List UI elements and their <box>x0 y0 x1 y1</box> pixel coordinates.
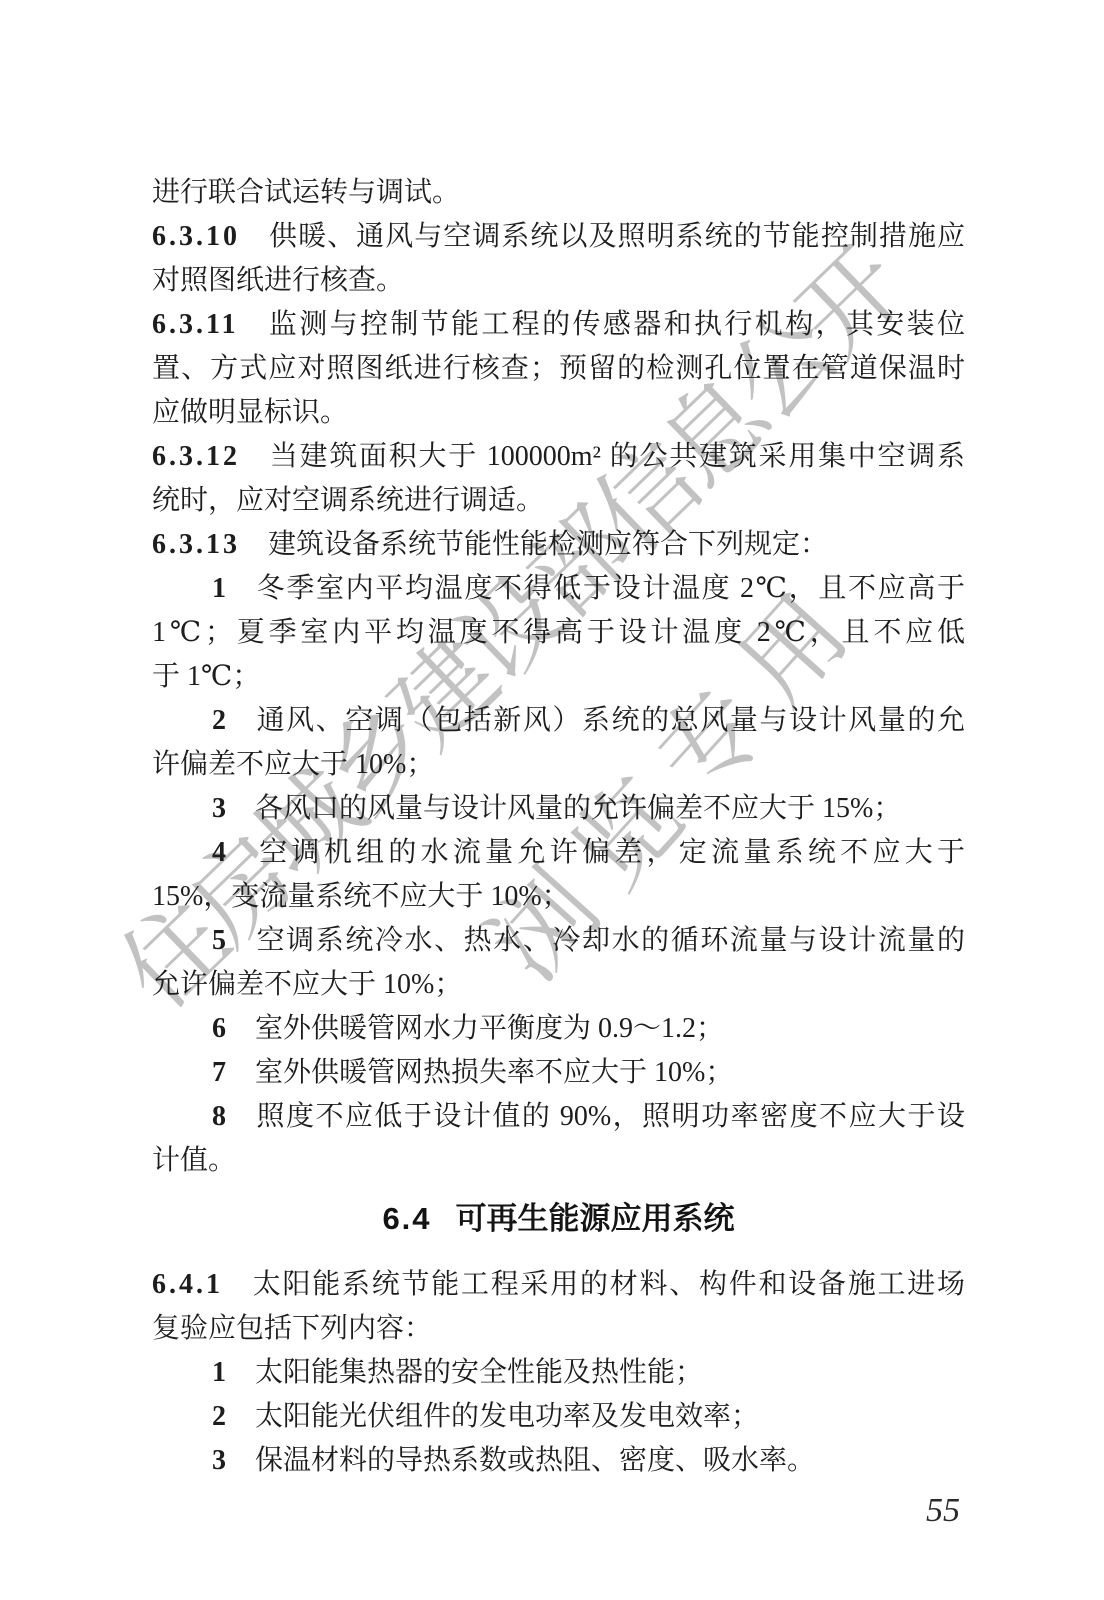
clause-line: 6.4.1太阳能系统节能工程采用的材料、构件和设备施工进场 <box>152 1263 965 1307</box>
clause-line: 6.3.13建筑设备系统节能性能检测应符合下列规定： <box>152 523 965 567</box>
list-item-line: 8照度不应低于设计值的 90%，照明功率密度不应大于设 <box>152 1095 965 1139</box>
item-number: 7 <box>212 1057 227 1088</box>
item-text: 太阳能光伏组件的发电功率及发电效率； <box>255 1401 759 1432</box>
item-text: 空调系统冷水、热水、冷却水的循环流量与设计流量的 <box>255 925 965 956</box>
page-content: 进行联合试运转与调试。 6.3.10供暖、通风与空调系统以及照明系统的节能控制措… <box>152 171 965 1483</box>
continuation-line: 统时，应对空调系统进行调适。 <box>152 479 965 523</box>
item-text: 冬季室内平均温度不得低于设计温度 2℃，且不应高于 <box>255 573 965 604</box>
continuation-line: 许偏差不应大于 10%； <box>152 743 965 787</box>
item-number: 3 <box>212 793 227 824</box>
clause-text: 供暖、通风与空调系统以及照明系统的节能控制措施应 <box>268 221 965 252</box>
item-number: 4 <box>212 837 227 868</box>
list-item-line: 2太阳能光伏组件的发电功率及发电效率； <box>152 1395 965 1439</box>
continuation-line: 应做明显标识。 <box>152 391 965 435</box>
item-number: 5 <box>212 925 227 956</box>
list-item-line: 5空调系统冷水、热水、冷却水的循环流量与设计流量的 <box>152 919 965 963</box>
clause-text: 建筑设备系统节能性能检测应符合下列规定： <box>268 529 828 560</box>
item-text: 保温材料的导热系数或热阻、密度、吸水率。 <box>255 1445 815 1476</box>
list-item-line: 7室外供暖管网热损失率不应大于 10%； <box>152 1051 965 1095</box>
item-text: 太阳能集热器的安全性能及热性能； <box>255 1357 703 1388</box>
item-number: 2 <box>212 1401 227 1432</box>
item-text: 室外供暖管网热损失率不应大于 10%； <box>255 1057 733 1088</box>
item-number: 6 <box>212 1013 227 1044</box>
item-text: 各风口的风量与设计风量的允许偏差不应大于 15%； <box>255 793 901 824</box>
list-item-line: 1太阳能集热器的安全性能及热性能； <box>152 1351 965 1395</box>
clause-text: 当建筑面积大于 100000m² 的公共建筑采用集中空调系 <box>268 441 965 472</box>
item-text: 空调机组的水流量允许偏差，定流量系统不应大于 <box>255 837 965 868</box>
item-text: 照度不应低于设计值的 90%，照明功率密度不应大于设 <box>255 1101 965 1132</box>
continuation-line: 进行联合试运转与调试。 <box>152 171 965 215</box>
item-text: 通风、空调（包括新风）系统的总风量与设计风量的允 <box>255 705 965 736</box>
continuation-line: 允许偏差不应大于 10%； <box>152 963 965 1007</box>
clause-line: 6.3.10供暖、通风与空调系统以及照明系统的节能控制措施应 <box>152 215 965 259</box>
heading-number: 6.4 <box>382 1201 431 1236</box>
continuation-line: 15%，变流量系统不应大于 10%； <box>152 875 965 919</box>
clause-number: 6.3.12 <box>152 441 240 472</box>
clause-number: 6.4.1 <box>152 1269 223 1300</box>
continuation-line: 复验应包括下列内容： <box>152 1307 965 1351</box>
continuation-line: 对照图纸进行核查。 <box>152 259 965 303</box>
list-item-line: 4空调机组的水流量允许偏差，定流量系统不应大于 <box>152 831 965 875</box>
clause-line: 6.3.11监测与控制节能工程的传感器和执行机构，其安装位 <box>152 303 965 347</box>
document-page: 住房城乡建设部信息公开 浏览专用 进行联合试运转与调试。 6.3.10供暖、通风… <box>0 0 1104 1600</box>
clause-number: 6.3.10 <box>152 221 240 252</box>
list-item-line: 2通风、空调（包括新风）系统的总风量与设计风量的允 <box>152 699 965 743</box>
list-item-line: 1冬季室内平均温度不得低于设计温度 2℃，且不应高于 <box>152 567 965 611</box>
clause-text: 监测与控制节能工程的传感器和执行机构，其安装位 <box>266 309 965 340</box>
clause-text: 太阳能系统节能工程采用的材料、构件和设备施工进场 <box>251 1269 965 1300</box>
clause-number: 6.3.11 <box>152 309 238 340</box>
continuation-line: 于 1℃； <box>152 655 965 699</box>
clause-number: 6.3.13 <box>152 529 240 560</box>
continuation-line: 计值。 <box>152 1139 965 1183</box>
list-item-line: 3保温材料的导热系数或热阻、密度、吸水率。 <box>152 1439 965 1483</box>
item-number: 2 <box>212 705 227 736</box>
section-heading: 6.4可再生能源应用系统 <box>152 1197 965 1241</box>
item-text: 室外供暖管网水力平衡度为 0.9～1.2； <box>255 1013 724 1044</box>
list-item-line: 6室外供暖管网水力平衡度为 0.9～1.2； <box>152 1007 965 1051</box>
item-number: 1 <box>212 573 227 604</box>
item-number: 1 <box>212 1357 227 1388</box>
item-number: 3 <box>212 1445 227 1476</box>
continuation-line: 置、方式应对照图纸进行核查；预留的检测孔位置在管道保温时 <box>152 347 965 391</box>
list-item-line: 3各风口的风量与设计风量的允许偏差不应大于 15%； <box>152 787 965 831</box>
heading-title: 可再生能源应用系统 <box>456 1201 735 1236</box>
clause-line: 6.3.12当建筑面积大于 100000m² 的公共建筑采用集中空调系 <box>152 435 965 479</box>
continuation-line: 1℃；夏季室内平均温度不得高于设计温度 2℃，且不应低 <box>152 611 965 655</box>
item-number: 8 <box>212 1101 227 1132</box>
page-number: 55 <box>926 1492 960 1530</box>
